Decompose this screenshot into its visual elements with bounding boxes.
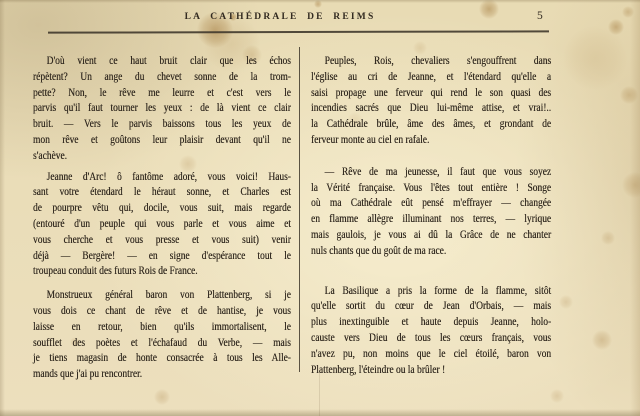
text-line: D'où vient ce haut bruit clair que les é… xyxy=(33,53,291,69)
text-line: la Vérité française. Vous l'êtes tout en… xyxy=(311,180,551,196)
text-line: troupeau conduit des futurs Rois de Fran… xyxy=(33,263,291,279)
page-number: 5 xyxy=(537,10,543,22)
foxing-stain xyxy=(601,231,615,245)
text-line: (entouré d'un peuple qui vous parle et v… xyxy=(33,216,291,232)
page-edge-right xyxy=(630,0,640,416)
paragraph: D'où vient ce haut bruit clair que les é… xyxy=(33,53,291,164)
text-line: Monstrueux général baron von Plattenberg… xyxy=(33,287,291,303)
text-line: plus inextinguible et haute depuis Jeann… xyxy=(311,314,551,330)
text-line: mon rêve et goûtons leur plaisir devant … xyxy=(33,132,291,148)
text-line: mais gaulois, je vous ai dû la Grâce de … xyxy=(311,227,551,243)
text-line: où ma Cathédrale eût pensé m'effrayer — … xyxy=(311,195,551,211)
text-line: sant votre étendard le héraut sonne, et … xyxy=(33,184,291,200)
column-left: D'où vient ce haut bruit clair que les é… xyxy=(33,53,291,382)
paragraph: Jeanne d'Arc! ô fantôme adoré, vous voic… xyxy=(33,169,291,280)
text-line: — Rêve de ma jeunesse, il faut que vous … xyxy=(311,164,551,180)
text-line: n'avez pu, non moins que le ciel étoilé,… xyxy=(311,346,551,362)
text-line: vous dois ce chant de rêve et de hantise… xyxy=(33,303,291,319)
running-header-title: LA CATHÉDRALE DE REIMS xyxy=(150,12,410,22)
text-line: causte vers Dieu de tous les cœurs franç… xyxy=(311,330,551,346)
text-line: bruit. — Vers le parvis baissons tous le… xyxy=(33,116,291,132)
text-line: La Basilique a pris la forme de la flamm… xyxy=(311,283,551,299)
foxing-stain xyxy=(559,295,573,309)
column-right: Peuples, Rois, chevaliers s'engouffrent … xyxy=(311,53,551,377)
text-line: saisi propage une ferveur qui rend le so… xyxy=(311,85,551,101)
text-line: l'église au cri de Jeanne, et l'étendard… xyxy=(311,69,551,85)
page-edge-bottom xyxy=(0,409,640,416)
paragraph: Peuples, Rois, chevaliers s'engouffrent … xyxy=(311,53,551,148)
foxing-stain xyxy=(563,26,627,90)
page-edge-top xyxy=(0,0,640,3)
text-line: déjà — Bergère! — en signe d'espérance t… xyxy=(33,248,291,264)
text-line: de pourpre vêtu qui, docile, vous suit, … xyxy=(33,200,291,216)
paragraph: — Rêve de ma jeunesse, il faut que vous … xyxy=(311,164,551,259)
text-line: répètent? Un ange du chevet sonne de la … xyxy=(33,69,291,85)
text-line: laisse en retour, bien qu'ils immortalis… xyxy=(33,319,291,335)
text-line: nuls chants que du goût de ma race. xyxy=(311,243,551,259)
paragraph: Monstrueux général baron von Plattenberg… xyxy=(33,287,291,382)
foxing-stain xyxy=(608,19,624,35)
foxing-stain xyxy=(550,389,564,403)
text-line: parvis qu'il faut tourner les yeux : de … xyxy=(33,100,291,116)
text-line: qu'elle sortit du cœur de Jean d'Orbais,… xyxy=(311,298,551,314)
text-line: mands que j'ai pu rencontrer. xyxy=(33,366,291,382)
text-line: ferveur monte au ciel en rafale. xyxy=(311,132,551,148)
text-line: la Cathédrale brûle, âme des âmes, et gr… xyxy=(311,116,551,132)
text-line: Plattenberg, l'éteindre ou la brûler ! xyxy=(311,362,551,378)
text-line: incendies sacrés que Dieu lui-même attis… xyxy=(311,100,551,116)
text-line: Jeanne d'Arc! ô fantôme adoré, vous voic… xyxy=(33,169,291,185)
text-line: s'achève. xyxy=(33,148,291,164)
text-line: vous cherche et vous presse et vous suit… xyxy=(33,232,291,248)
paragraph: La Basilique a pris la forme de la flamm… xyxy=(311,283,551,378)
text-line: en flamme allègre illuminant nos terres,… xyxy=(311,211,551,227)
page-edge-left xyxy=(0,0,5,416)
column-divider-rule xyxy=(299,47,300,372)
text-line: pette? Non, le rêve me leurre et c'est v… xyxy=(33,85,291,101)
text-line: Peuples, Rois, chevaliers s'engouffrent … xyxy=(311,53,551,69)
book-page: LA CATHÉDRALE DE REIMS 5 D'où vient ce h… xyxy=(0,0,640,416)
text-line: soufflet des poètes et l'échafaud du Ver… xyxy=(33,335,291,351)
text-line: je tiens magasin de honte consacrée à to… xyxy=(33,350,291,366)
header-rule xyxy=(48,30,549,33)
foxing-stain xyxy=(154,389,170,405)
foxing-stain xyxy=(592,330,612,350)
